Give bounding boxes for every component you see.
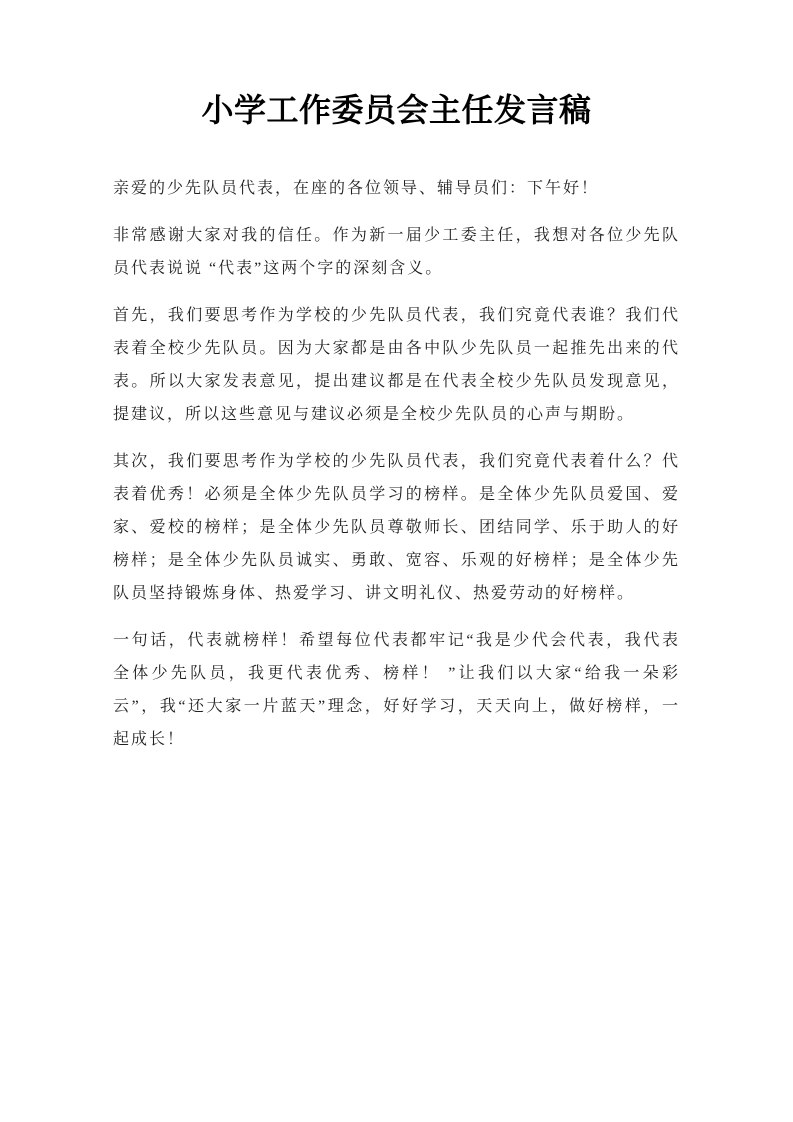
paragraph-first-point: 首先，我们要思考作为学校的少先队员代表，我们究竟代表谁？我们代表着全校少先队员。… xyxy=(113,299,680,431)
paragraph-intro: 非常感谢大家对我的信任。作为新一届少工委主任，我想对各位少先队员代表说说 “代表… xyxy=(113,219,680,285)
paragraph-conclusion: 一句话，代表就榜样！希望每位代表都牢记“我是少代会代表，我代表全体少先队员，我更… xyxy=(113,624,680,756)
document-title: 小学工作委员会主任发言稿 xyxy=(113,88,680,132)
document-page: 小学工作委员会主任发言稿 亲爱的少先队员代表，在座的各位领导、辅导员们：下午好！… xyxy=(0,0,793,1122)
paragraph-greeting: 亲爱的少先队员代表，在座的各位领导、辅导员们：下午好！ xyxy=(113,172,680,205)
paragraph-second-point: 其次，我们要思考作为学校的少先队员代表，我们究竟代表着什么？代表着优秀！必须是全… xyxy=(113,445,680,610)
